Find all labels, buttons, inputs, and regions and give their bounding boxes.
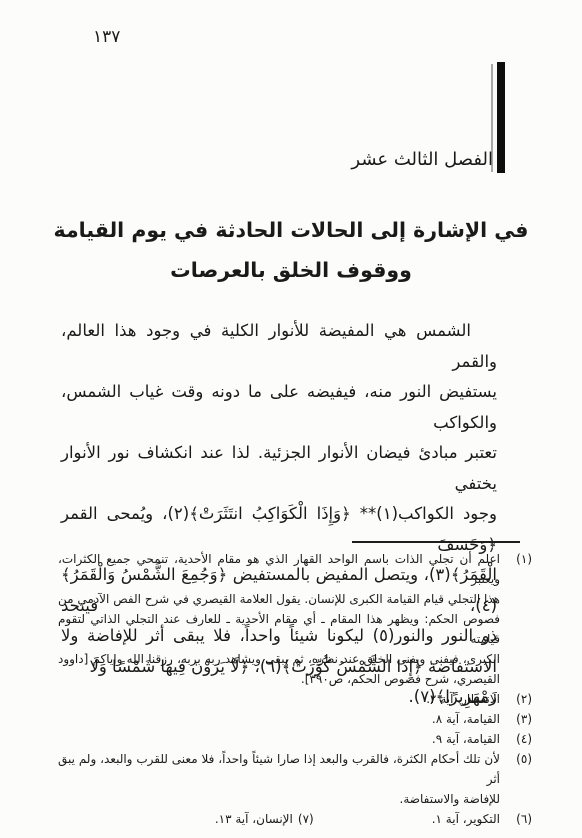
section-title-line-2: ووقوف الخلق بالعرصات (40, 250, 542, 290)
footnote-row: الكبرى، فيفنى ويفنى الخلق عند نظره، ثم ي… (58, 649, 532, 669)
footnote-row: (٦) التكوير، آية ١. (٧) الإنسان، آية ١٣. (58, 809, 532, 829)
footnote-text: القيصري، شرح فصوص الحكم، ص٣٩٠]. (58, 669, 500, 689)
footnote-row: (٢) الانفطار، آية ٢. (58, 689, 532, 709)
footnote-text: الكبرى، فيفنى ويفنى الخلق عند نظره، ثم ي… (58, 649, 500, 669)
footnote-marker: (٥) (500, 749, 532, 769)
footnotes: (١) اعلم أن تجلي الذات باسم الواحد القها… (58, 549, 532, 829)
footnote-text: القيامة، آية ٨. (58, 709, 500, 729)
footnote-marker: (١) (500, 549, 532, 569)
footnote-text: القيامة، آية ٩. (58, 729, 500, 749)
footnote-text: للإفاضة والاستفاضة. (58, 789, 500, 809)
footnote-text: لأن تلك أحكام الكثرة، فالقرب والبعد إذا … (58, 749, 500, 789)
footnote-marker: (٧) (298, 809, 314, 829)
footnote-row: (٥) لأن تلك أحكام الكثرة، فالقرب والبعد … (58, 749, 532, 789)
footnote-marker: (٣) (500, 709, 532, 729)
page-number: ١٣٧ (93, 27, 120, 47)
footnote-marker: (٤) (500, 729, 532, 749)
footnote-text: هذا التجلي قيام القيامة الكبرى للإنسان. … (58, 589, 500, 609)
footnote-text: الانفطار، آية ٢. (58, 689, 500, 709)
footnote-marker: (٦) (500, 809, 532, 829)
chapter-ornament-bar (497, 62, 505, 173)
body-line: يستفيض النور منه، فيفيضه على ما دونه وقت… (61, 377, 497, 438)
footnote-text: اعلم أن تجلي الذات باسم الواحد القهار ال… (58, 549, 500, 589)
footnote-text: الإنسان، آية ١٣. (215, 809, 293, 829)
footnote-row: (١) اعلم أن تجلي الذات باسم الواحد القها… (58, 549, 532, 589)
footnote-marker: (٢) (500, 689, 532, 709)
footnote-text: التكوير، آية ١. (432, 809, 500, 829)
chapter-heading: الفصل الثالث عشر (351, 149, 493, 170)
footnote-row: فصوص الحكم: ويظهر هذا المقام ـ أي مقام ا… (58, 609, 532, 649)
footnote-row: القيصري، شرح فصوص الحكم، ص٣٩٠]. (58, 669, 532, 689)
footnote-separator (352, 541, 520, 543)
footnote-text: فصوص الحكم: ويظهر هذا المقام ـ أي مقام ا… (58, 609, 500, 649)
section-title-line-1: في الإشارة إلى الحالات الحادثة في يوم ال… (40, 210, 542, 250)
book-page: ١٣٧ الفصل الثالث عشر في الإشارة إلى الحا… (0, 0, 582, 838)
footnote-row: (٤) القيامة، آية ٩. (58, 729, 532, 749)
section-title: في الإشارة إلى الحالات الحادثة في يوم ال… (40, 210, 542, 290)
footnote-row: للإفاضة والاستفاضة. (58, 789, 532, 809)
footnote-row: (٣) القيامة، آية ٨. (58, 709, 532, 729)
body-line: الشمس هي المفيضة للأنوار الكلية في وجود … (61, 316, 497, 377)
footnote-row: هذا التجلي قيام القيامة الكبرى للإنسان. … (58, 589, 532, 609)
body-line: تعتبر مبادئ فيضان الأنوار الجزئية. لذا ع… (61, 438, 497, 499)
